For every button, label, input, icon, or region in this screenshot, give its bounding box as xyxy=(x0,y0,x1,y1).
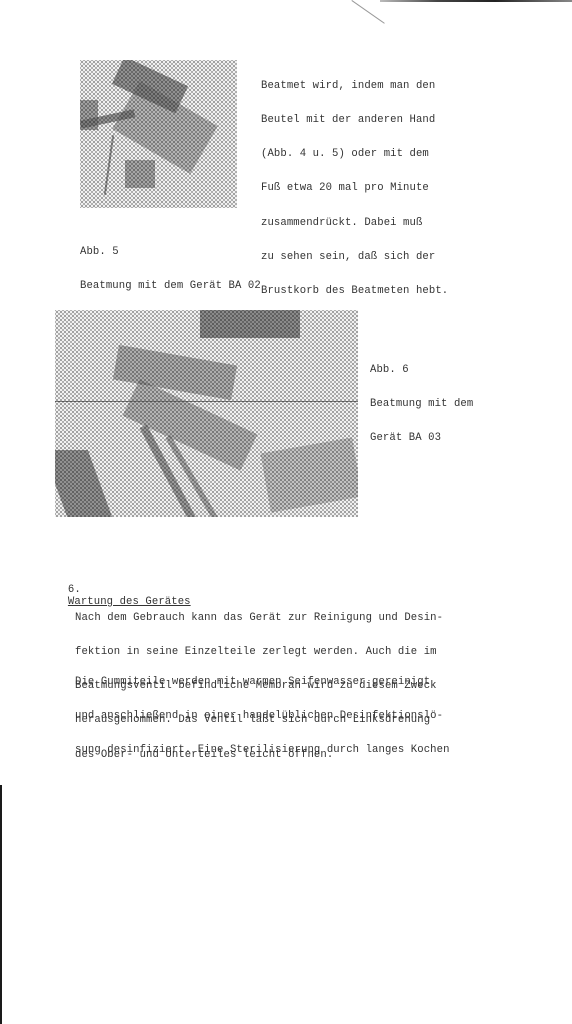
intro-paragraph: Beatmet wird, indem man den Beutel mit d… xyxy=(261,58,448,309)
figure-caption: Beatmung mit dem Gerät BA 02 xyxy=(80,281,261,292)
figure-6-photo xyxy=(55,310,358,517)
figure-caption-line: Gerät BA 03 xyxy=(370,433,473,444)
scan-top-edge-mark xyxy=(380,0,572,2)
scan-scratch-mark xyxy=(351,0,384,24)
text-line: Beutel mit der anderen Hand xyxy=(261,115,448,126)
figure-label: Abb. 6 xyxy=(370,365,473,376)
section-6-paragraph-2: Die Gummiteile werden mit warmen Seifenw… xyxy=(75,654,450,768)
text-line: Beatmet wird, indem man den xyxy=(261,81,448,92)
figure-5-caption: Abb. 5 Beatmung mit dem Gerät BA 02 xyxy=(80,224,261,304)
figure-5-photo xyxy=(80,60,237,208)
text-line: Brustkorb des Beatmeten hebt. xyxy=(261,286,448,297)
text-line: und anschließend in einer handelüblichen… xyxy=(75,711,450,722)
text-line: Nach dem Gebrauch kann das Gerät zur Rei… xyxy=(75,613,443,624)
figure-caption-line: Beatmung mit dem xyxy=(370,399,473,410)
text-line: Die Gummiteile werden mit warmen Seifenw… xyxy=(75,677,450,688)
text-line: (Abb. 4 u. 5) oder mit dem xyxy=(261,149,448,160)
text-line: zu sehen sein, daß sich der xyxy=(261,252,448,263)
text-line: sung desinfiziert. Eine Sterilisierung d… xyxy=(75,745,450,756)
scan-left-edge-mark xyxy=(0,785,2,1024)
text-line: Fuß etwa 20 mal pro Minute xyxy=(261,183,448,194)
figure-label: Abb. 5 xyxy=(80,247,261,258)
text-line: zusammendrückt. Dabei muß xyxy=(261,218,448,229)
figure-6-caption: Abb. 6 Beatmung mit dem Gerät BA 03 xyxy=(370,342,473,456)
